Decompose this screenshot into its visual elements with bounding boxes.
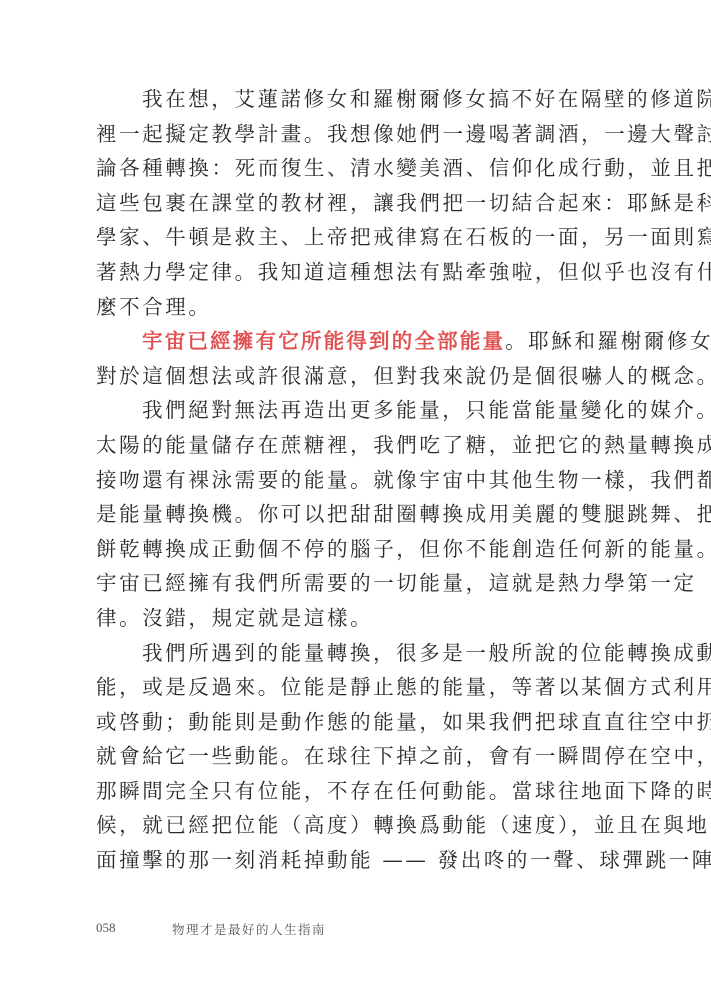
text-line: 或啓動；動能則是動作態的能量，如果我們把球直直往空中扔， [96, 705, 610, 740]
text-line: 學家、牛頓是救主、上帝把戒律寫在石板的一面，另一面則寫 [96, 220, 610, 255]
text-line: 我們絕對無法再造出更多能量，只能當能量變化的媒介。 [96, 393, 610, 428]
text-line: 我在想，艾蓮諾修女和羅榭爾修女搞不好在隔壁的修道院 [96, 82, 610, 117]
text-line: 這些包裹在課堂的教材裡，讓我們把一切結合起來：耶穌是科 [96, 186, 610, 221]
text-line: 面撞擊的那一刻消耗掉動能 —— 發出咚的一聲、球彈跳一陣 [96, 843, 610, 878]
text-line: 論各種轉換：死而復生、清水變美酒、信仰化成行動，並且把 [96, 151, 610, 186]
text-line: 麼不合理。 [96, 290, 610, 325]
text-line: 接吻還有裸泳需要的能量。就像宇宙中其他生物一樣，我們都 [96, 463, 610, 498]
running-title: 物理才是最好的人生指南 [172, 920, 326, 938]
text-line: 我們所遇到的能量轉換，很多是一般所說的位能轉換成動 [96, 636, 610, 671]
text-line-highlighted: 宇宙已經擁有它所能得到的全部能量。耶穌和羅榭爾修女 [96, 324, 610, 359]
text-line: 裡一起擬定教學計畫。我想像她們一邊喝著調酒，一邊大聲討 [96, 117, 610, 152]
highlighted-phrase: 宇宙已經擁有它所能得到的全部能量 [142, 329, 505, 353]
text-line: 著熱力學定律。我知道這種想法有點牽強啦，但似乎也沒有什 [96, 255, 610, 290]
text-line: 就會給它一些動能。在球往下掉之前，會有一瞬間停在空中， [96, 739, 610, 774]
text-line: 律。沒錯，規定就是這樣。 [96, 601, 610, 636]
text-line: 候，就已經把位能（高度）轉換爲動能（速度），並且在與地 [96, 808, 610, 843]
text-line: 那瞬間完全只有位能，不存在任何動能。當球往地面下降的時 [96, 774, 610, 809]
page-number: 058 [96, 920, 116, 936]
text-line: 是能量轉換機。你可以把甜甜圈轉換成用美麗的雙腿跳舞、把 [96, 497, 610, 532]
text-line: 能，或是反過來。位能是靜止態的能量，等著以某個方式利用 [96, 670, 610, 705]
text-line: 對於這個想法或許很滿意，但對我來說仍是個很嚇人的概念。 [96, 359, 610, 394]
text-line: 宇宙已經擁有我們所需要的一切能量，這就是熱力學第一定 [96, 566, 610, 601]
text-line: 太陽的能量儲存在蔗糖裡，我們吃了糖，並把它的熱量轉換成 [96, 428, 610, 463]
text-line: 餅乾轉換成正動個不停的腦子，但你不能創造任何新的能量。 [96, 532, 610, 567]
page-body: 我在想，艾蓮諾修女和羅榭爾修女搞不好在隔壁的修道院 裡一起擬定教學計畫。我想像她… [96, 82, 610, 878]
